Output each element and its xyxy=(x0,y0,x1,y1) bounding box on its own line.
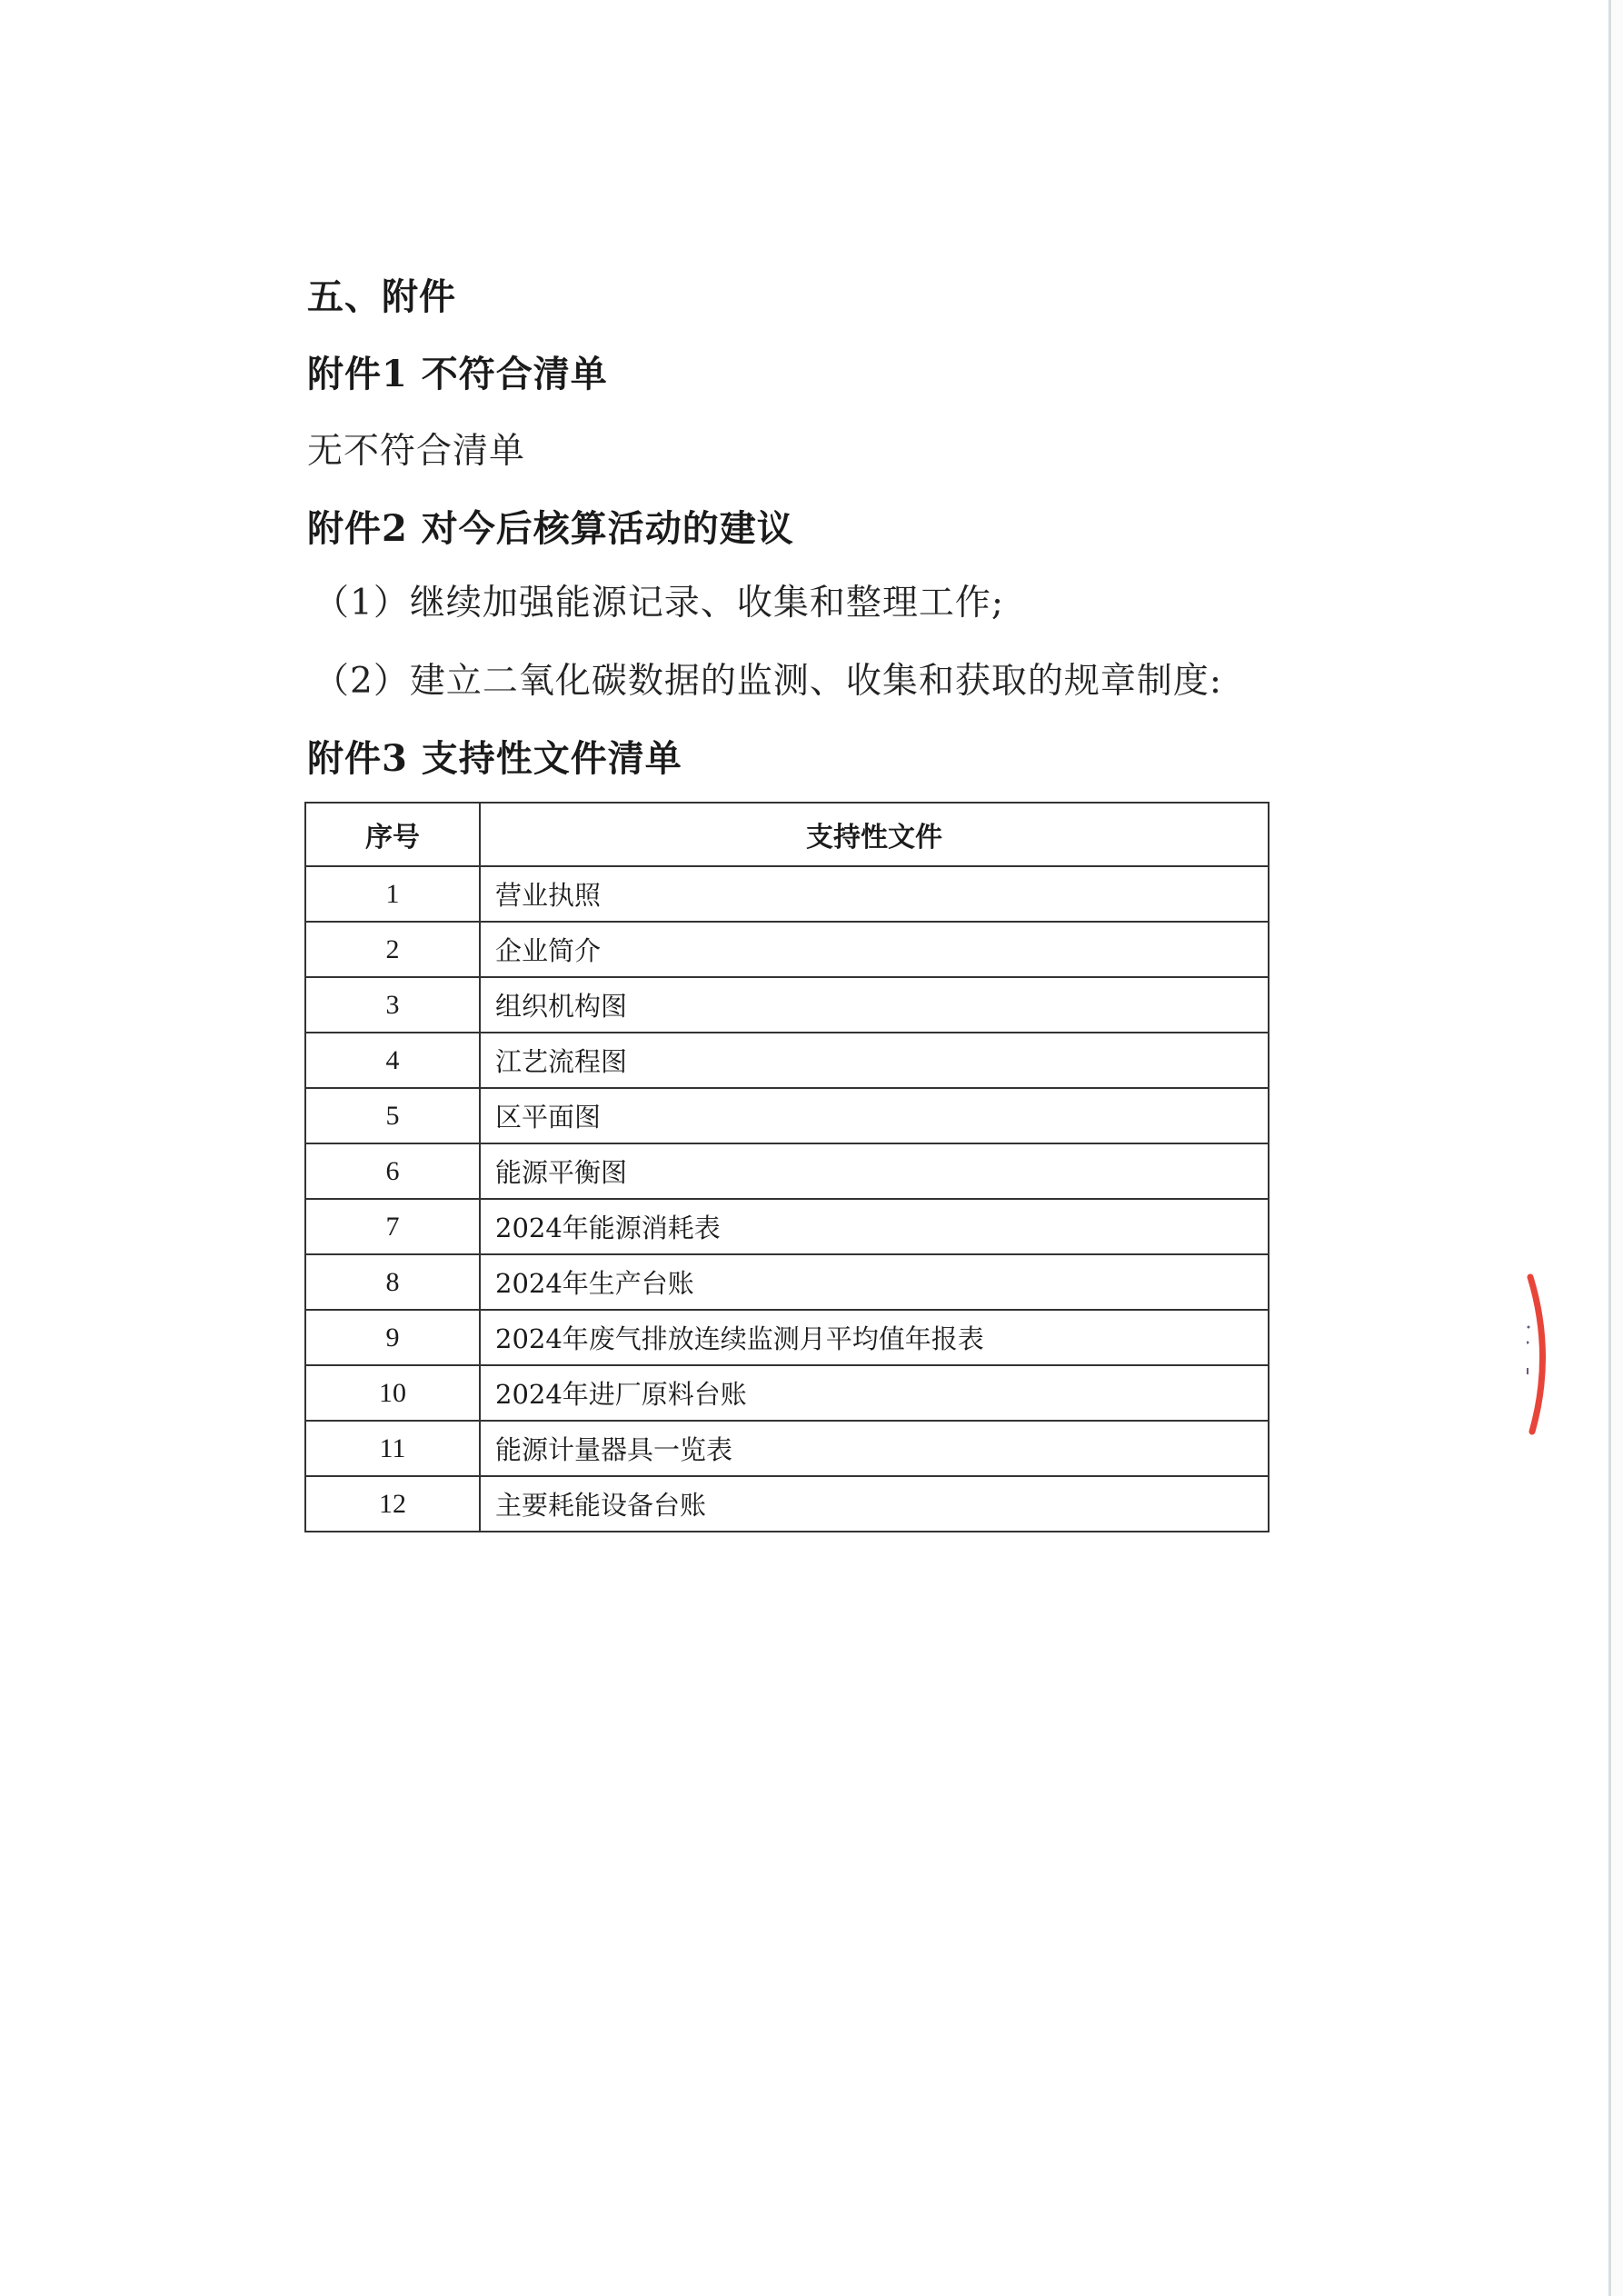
header-serial-number: 序号 xyxy=(305,803,480,866)
row-document: 2024年废气排放连续监测月平均值年报表 xyxy=(480,1310,1269,1365)
row-number: 3 xyxy=(305,977,480,1033)
row-document: 2024年生产台账 xyxy=(480,1254,1269,1310)
row-number: 1 xyxy=(305,866,480,922)
row-number: 12 xyxy=(305,1476,480,1532)
row-document: 能源计量器具一览表 xyxy=(480,1421,1269,1476)
table-row: 6 能源平衡图 xyxy=(305,1143,1269,1199)
row-document: 企业简介 xyxy=(480,922,1269,977)
table-row: 4 江艺流程图 xyxy=(305,1033,1269,1088)
row-document: 组织机构图 xyxy=(480,977,1269,1033)
row-document: 主要耗能设备台账 xyxy=(480,1476,1269,1532)
table-row: 9 2024年废气排放连续监测月平均值年报表 xyxy=(305,1310,1269,1365)
header-supporting-document: 支持性文件 xyxy=(480,803,1269,866)
annex1-title: 附件1 不符合清单 xyxy=(307,345,608,397)
row-number: 4 xyxy=(305,1033,480,1088)
row-number: 5 xyxy=(305,1088,480,1143)
page-margin xyxy=(1611,0,1623,2296)
row-document: 区平面图 xyxy=(480,1088,1269,1143)
table-row: 3 组织机构图 xyxy=(305,977,1269,1033)
red-seal-fragment-icon xyxy=(1527,1273,1563,1436)
row-number: 8 xyxy=(305,1254,480,1310)
row-number: 9 xyxy=(305,1310,480,1365)
table-row: 2 企业简介 xyxy=(305,922,1269,977)
annex2-title: 附件2 对今后核算活动的建议 xyxy=(307,500,794,552)
row-document: 2024年能源消耗表 xyxy=(480,1199,1269,1254)
table-row: 1 营业执照 xyxy=(305,866,1269,922)
table-row: 8 2024年生产台账 xyxy=(305,1254,1269,1310)
table-row: 5 区平面图 xyxy=(305,1088,1269,1143)
row-number: 10 xyxy=(305,1365,480,1421)
annex2-item: （1）继续加强能源记录、收集和整理工作; xyxy=(314,574,1004,625)
section-heading: 五、附件 xyxy=(307,268,456,320)
supporting-documents-table: 序号 支持性文件 1 营业执照 2 企业简介 3 组织机构图 4 江艺流程图 5… xyxy=(304,802,1270,1532)
row-number: 11 xyxy=(305,1421,480,1476)
table-row: 7 2024年能源消耗表 xyxy=(305,1199,1269,1254)
table-header-row: 序号 支持性文件 xyxy=(305,803,1269,866)
row-number: 6 xyxy=(305,1143,480,1199)
row-document: 江艺流程图 xyxy=(480,1033,1269,1088)
row-number: 7 xyxy=(305,1199,480,1254)
table-row: 11 能源计量器具一览表 xyxy=(305,1421,1269,1476)
annex1-body: 无不符合清单 xyxy=(307,423,525,474)
annex2-item: （2）建立二氧化碳数据的监测、收集和获取的规章制度: xyxy=(314,653,1222,704)
table-row: 10 2024年进厂原料台账 xyxy=(305,1365,1269,1421)
table-row: 12 主要耗能设备台账 xyxy=(305,1476,1269,1532)
row-number: 2 xyxy=(305,922,480,977)
row-document: 2024年进厂原料台账 xyxy=(480,1365,1269,1421)
row-document: 营业执照 xyxy=(480,866,1269,922)
row-document: 能源平衡图 xyxy=(480,1143,1269,1199)
annex3-title: 附件3 支持性文件清单 xyxy=(307,730,682,782)
page-edge-line xyxy=(1608,0,1611,2296)
